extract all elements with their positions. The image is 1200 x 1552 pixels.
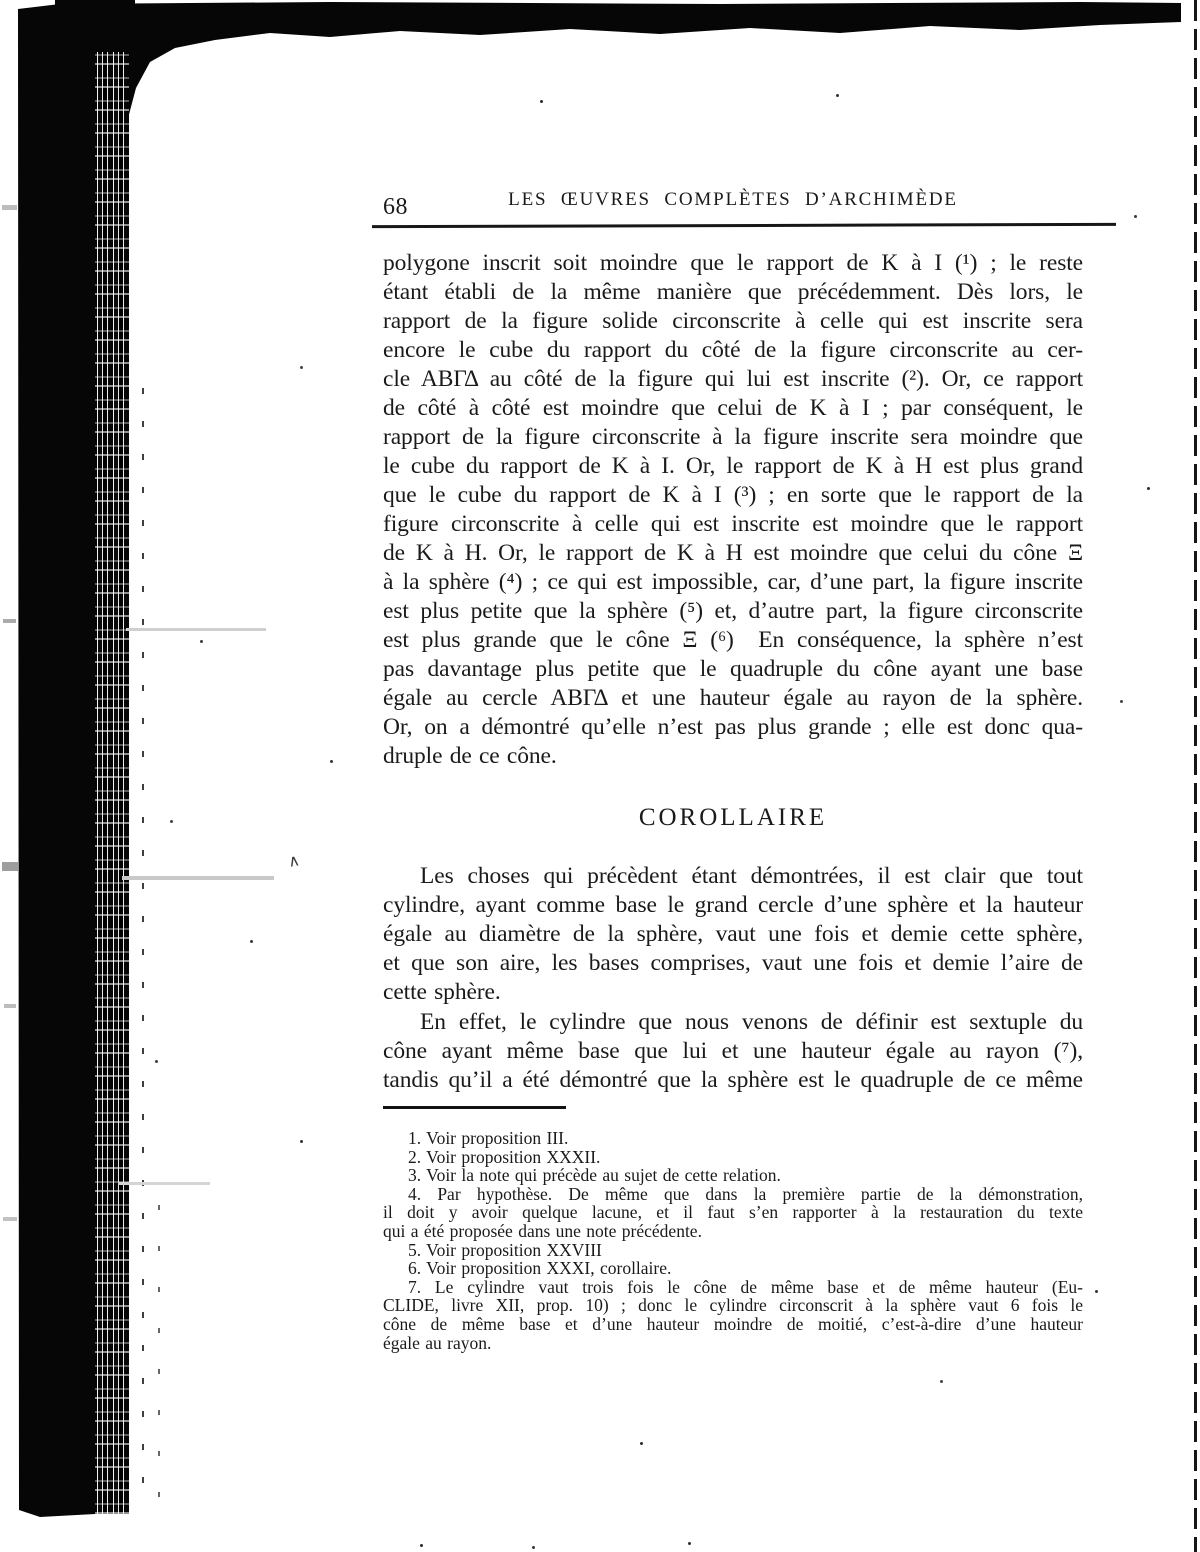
footnote-line: 2. Voir proposition XXXII. [383, 1148, 1083, 1167]
margin-streak [118, 1182, 210, 1185]
margin-smudge [2, 862, 18, 871]
footnote-line: il doit y avoir quelque lacune, et il fa… [383, 1203, 1083, 1222]
scan-fold-dotted-line [142, 388, 144, 1510]
text-line: le cube du rapport de K à I. Or, le rapp… [383, 452, 1083, 481]
text-line: est plus petite que la sphère (⁵) et, d’… [383, 597, 1083, 626]
text-line: Les choses qui précèdent étant démontrée… [383, 862, 1083, 891]
text-line: et que son aire, les bases comprises, va… [383, 949, 1083, 978]
text-line: égale au cercle ABΓΔ et une hauteur égal… [383, 684, 1083, 713]
footnote-line: 5. Voir proposition XXVIII [383, 1241, 1083, 1260]
text-line: figure circonscrite à celle qui est insc… [383, 510, 1083, 539]
footnote-line: cône de même base et d’une hauteur moind… [383, 1315, 1083, 1334]
text-line: cylindre, ayant comme base le grand cerc… [383, 891, 1083, 920]
text-line: rapport de la figure solide circonscrite… [383, 307, 1083, 336]
text-line: tandis qu’il a été démontré que la sphèr… [383, 1066, 1083, 1095]
margin-streak [126, 628, 266, 631]
scan-noise-specks [540, 100, 543, 103]
text-line: étant établi de la même manière que préc… [383, 278, 1083, 307]
text-line: polygone inscrit soit moindre que le rap… [383, 249, 1083, 278]
text-line: est plus grande que le cône Ξ (⁶) En con… [383, 626, 1083, 655]
body-paragraph-2: Les choses qui précèdent étant démontrée… [383, 862, 1083, 1007]
section-heading-corollaire: COROLLAIRE [383, 804, 1083, 832]
footnote-line: 1. Voir proposition III. [383, 1129, 1083, 1148]
margin-smudge [2, 205, 17, 210]
page-edge-texture [95, 52, 129, 1514]
scan-right-edge-line [1194, 0, 1197, 1552]
text-line: rapport de la figure circonscrite à la f… [383, 423, 1083, 452]
footnote-line: égale au rayon. [383, 1334, 1083, 1353]
footnote-line: 7. Le cylindre vaut trois fois le cône d… [383, 1278, 1083, 1297]
footnote-line: CLIDE, livre XII, prop. 10) ; donc le cy… [383, 1296, 1083, 1315]
margin-streak [122, 876, 274, 880]
footnote-line: 6. Voir proposition XXXI, corollaire. [383, 1259, 1083, 1278]
footnotes-block: 1. Voir proposition III. 2. Voir proposi… [383, 1129, 1083, 1352]
margin-smudge [3, 1217, 17, 1221]
text-line: de côté à côté est moindre que celui de … [383, 394, 1083, 423]
body-paragraph-1: polygone inscrit soit moindre que le rap… [383, 249, 1083, 771]
text-line: Or, on a démontré qu’elle n’est pas plus… [383, 713, 1083, 742]
body-paragraph-3: En effet, le cylindre que nous venons de… [383, 1008, 1083, 1095]
text-line: encore le cube du rapport du côté de la … [383, 336, 1083, 365]
text-line: En effet, le cylindre que nous venons de… [383, 1008, 1083, 1037]
text-line: de K à H. Or, le rapport de K à H est mo… [383, 539, 1083, 568]
scanned-book-page: { "page": { "number": "68", "running_tit… [0, 0, 1200, 1552]
text-line: cône ayant même base que lui et une haut… [383, 1037, 1083, 1066]
footnote-rule [383, 1106, 566, 1109]
text-line: druple de ce cône. [383, 742, 1083, 771]
text-line: cette sphère. [383, 978, 1083, 1007]
text-line: pas davantage plus petite que le quadrup… [383, 655, 1083, 684]
text-line: à la sphère (⁴) ; ce qui est impossible,… [383, 568, 1083, 597]
footnote-line: qui a été proposée dans une note précéde… [383, 1222, 1083, 1241]
footnote-line: 3. Voir la note qui précède au sujet de … [383, 1166, 1083, 1185]
margin-smudge [4, 1004, 16, 1008]
scan-fold-dotted-line-lower [158, 1205, 160, 1510]
margin-smudge [3, 619, 16, 623]
running-header-title: LES ŒUVRES COMPLÈTES D’ARCHIMÈDE [383, 189, 1083, 211]
text-line: cle ABΓΔ au côté de la figure qui lui es… [383, 365, 1083, 394]
text-line: égale au diamètre de la sphère, vaut une… [383, 920, 1083, 949]
text-line: que le cube du rapport de K à I (³) ; en… [383, 481, 1083, 510]
footnote-line: 4. Par hypothèse. De même que dans la pr… [383, 1185, 1083, 1204]
